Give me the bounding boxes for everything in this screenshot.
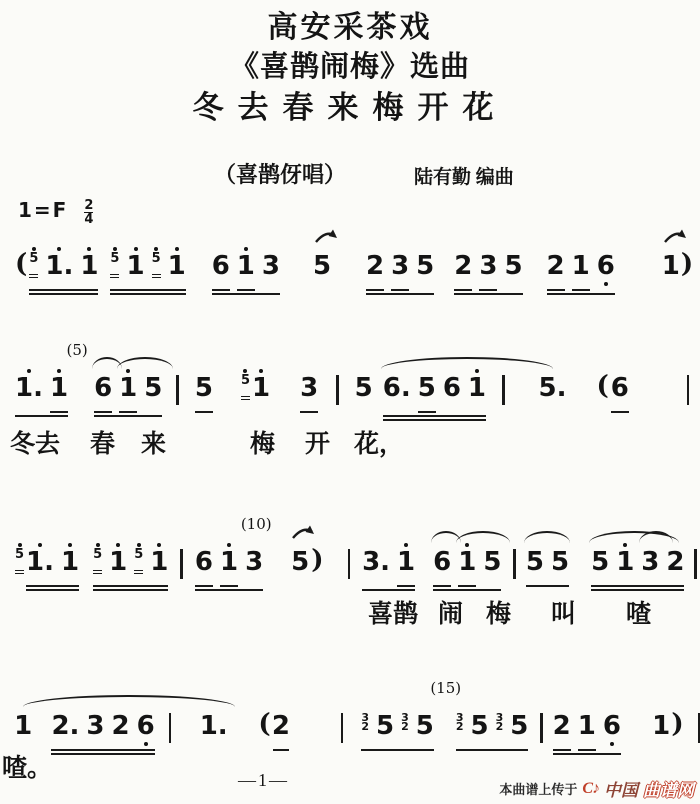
- note: 5: [526, 536, 544, 583]
- beam-line: [26, 585, 79, 587]
- bar-line: [694, 549, 697, 579]
- high-octave-dot: [27, 369, 31, 373]
- high-octave-dot: [243, 369, 247, 373]
- underline-beam: [50, 411, 68, 413]
- note-digit: 1: [119, 375, 137, 402]
- beam-group: 1.1: [26, 536, 79, 591]
- note-digit: 1: [578, 713, 596, 740]
- note: 5: [551, 536, 569, 583]
- note-digit: 1: [109, 549, 127, 576]
- slur-arc: [23, 695, 235, 707]
- note-digit: 1: [468, 375, 486, 402]
- note: 2: [366, 240, 384, 291]
- bar-line: [176, 375, 179, 405]
- bar-line: [540, 713, 542, 743]
- note: 1: [237, 240, 255, 291]
- low-octave-dot: [610, 742, 614, 746]
- note-digit: 1: [150, 549, 168, 576]
- score-scan: 高安采茶戏 《喜鹊闹梅》选曲 冬去春来梅开花 （喜鹊伢唱） 陆有勤 编曲 1=F…: [0, 0, 700, 804]
- note: 5: [471, 700, 489, 747]
- underline-beam: [195, 585, 213, 587]
- beam-line: [110, 293, 185, 295]
- note: 6: [443, 362, 461, 409]
- high-octave-dot: [259, 369, 263, 373]
- grace-note: (15)32: [456, 700, 464, 738]
- note-digit: 5: [418, 375, 436, 402]
- note-digit: 1: [662, 253, 680, 280]
- note: 1: [119, 362, 137, 413]
- note-digit: 6: [597, 253, 615, 280]
- score-line-3: 51.15151613(10)5)3.1615555132: [15, 536, 700, 591]
- score-line-1: (51.1515161352352352161): [15, 240, 700, 295]
- grace-digit: 5: [15, 549, 24, 561]
- underline-beam: [458, 585, 476, 587]
- note-digit: 1: [50, 375, 68, 402]
- high-octave-dot: [227, 543, 231, 547]
- note-digit: 2: [547, 253, 565, 280]
- note: 5: [355, 362, 373, 409]
- high-octave-dot: [157, 543, 161, 547]
- underline-beam: [93, 570, 102, 572]
- note: 1: [578, 700, 596, 751]
- score-body: (51.1515161352352352161)1.1(5)615551356.…: [0, 0, 700, 804]
- note-digit: 1: [220, 549, 238, 576]
- lyric: 喳: [626, 594, 651, 630]
- note: 1: [468, 362, 486, 409]
- note: 2: [112, 700, 130, 747]
- note: 1: [458, 536, 476, 587]
- underline-beam: [220, 585, 238, 587]
- note-digit: 1: [168, 253, 186, 280]
- lyrics-line-4: 喳。: [0, 748, 700, 778]
- bar-line: [169, 713, 171, 743]
- underline-beam: [93, 573, 102, 575]
- lyric: 冬去: [10, 424, 60, 460]
- bar-line: [687, 375, 690, 405]
- underline-beam: [15, 573, 24, 575]
- lyric: 梅: [486, 594, 511, 630]
- note: 5: [144, 362, 162, 409]
- underline-beam: [110, 274, 119, 276]
- note: 1: [80, 240, 98, 287]
- note: 1: [653, 700, 669, 747]
- note-digit: 3: [245, 549, 263, 576]
- note-digit: 3: [391, 253, 409, 280]
- underline-beam: [110, 277, 119, 279]
- note: 6: [212, 240, 230, 291]
- beam-line: [29, 289, 98, 291]
- note-digit: 5: [416, 713, 434, 740]
- note: 1: [252, 362, 270, 409]
- underline-beam: [366, 289, 384, 291]
- high-octave-dot: [38, 543, 42, 547]
- lyric: 叫: [551, 594, 576, 630]
- note: 1: [109, 536, 127, 583]
- lyrics-line-3: 喜鹊闹梅叫喳: [0, 594, 700, 624]
- underline-beam: [300, 411, 318, 413]
- bar-line: [180, 549, 183, 579]
- underline-beam: [119, 411, 137, 413]
- note: 5: [510, 700, 528, 747]
- beam-line: [366, 293, 434, 295]
- note: 2: [666, 536, 684, 583]
- grace-note: 32: [401, 700, 409, 738]
- lyric: 春: [90, 424, 115, 460]
- watermark: 本曲谱上传于 C♪ 中国 曲谱网: [499, 776, 694, 801]
- beam-group: 216: [547, 240, 615, 295]
- note-digit: 1: [397, 549, 415, 576]
- beam-group: 613: [195, 536, 263, 591]
- beam-line: [93, 585, 168, 587]
- note: 5.: [539, 362, 567, 409]
- note: 6: [433, 536, 451, 587]
- underline-beam: [479, 289, 497, 291]
- note-digit: 6.: [383, 375, 411, 402]
- high-octave-dot: [623, 543, 627, 547]
- note: 2: [547, 240, 565, 291]
- note: 1: [220, 536, 238, 587]
- note-digit: 1: [80, 253, 98, 280]
- paren-mark: (: [596, 372, 608, 400]
- beam-group: (15)325325: [456, 700, 529, 751]
- beam-line: [93, 589, 168, 591]
- beam-group: (5)615: [94, 362, 162, 417]
- note: 6: [603, 700, 621, 747]
- paren-mark: ): [681, 250, 693, 278]
- beam-group: 325325: [361, 700, 434, 751]
- note: 5: [314, 240, 330, 287]
- note: 3: [641, 536, 659, 583]
- note-digit: 2: [553, 713, 571, 740]
- high-octave-dot: [18, 543, 22, 547]
- low-octave-dot: [604, 282, 608, 286]
- beam-line: [591, 589, 684, 591]
- grace-note: 5: [134, 536, 143, 574]
- site-name-outline: 曲谱网: [643, 776, 694, 801]
- high-octave-dot: [32, 247, 36, 251]
- paren-mark: (: [15, 250, 27, 278]
- paren-mark: ): [311, 546, 323, 574]
- high-octave-dot: [87, 247, 91, 251]
- glissando-up-arrow-icon: [314, 229, 340, 244]
- bar-line: [502, 375, 505, 405]
- note: 3: [300, 362, 318, 413]
- bar-line: [341, 713, 343, 743]
- note-digit: 1.: [45, 253, 73, 280]
- high-octave-dot: [57, 369, 61, 373]
- note-digit: 5: [510, 713, 528, 740]
- note: 2: [273, 700, 289, 751]
- note: 2: [454, 240, 472, 291]
- site-logo-icon: C♪: [582, 780, 599, 798]
- grace-digit: 5: [134, 549, 143, 561]
- note-digit: 3: [479, 253, 497, 280]
- note-digit: 3: [86, 713, 104, 740]
- note-digit: 5: [291, 549, 309, 576]
- paren-mark: ): [671, 710, 683, 738]
- low-octave-dot: [144, 742, 148, 746]
- beam-line: [547, 293, 615, 295]
- beam-line: [26, 589, 79, 591]
- grace-note: 5: [241, 362, 250, 400]
- note: 2: [553, 700, 571, 751]
- note: 1: [15, 700, 31, 747]
- grace-digit: 5: [93, 549, 102, 561]
- note: 2.: [51, 700, 79, 747]
- underline-beam: [94, 411, 112, 413]
- grace-digit: 2: [401, 722, 409, 731]
- grace-note: 5: [110, 240, 119, 278]
- note: 3: [391, 240, 409, 291]
- lyric: 喳。: [2, 748, 52, 784]
- beam-line: [591, 585, 684, 587]
- note-digit: 1: [458, 549, 476, 576]
- measure-number: (15): [430, 679, 461, 697]
- beam-group: 1.1: [15, 362, 68, 417]
- note: 5: [418, 362, 436, 413]
- beam-group: 235: [454, 240, 522, 295]
- note-digit: 3.: [362, 549, 390, 576]
- glissando-up-arrow-icon: [663, 229, 689, 244]
- note-digit: 2.: [51, 713, 79, 740]
- paren-mark: (: [258, 710, 270, 738]
- high-octave-dot: [465, 543, 469, 547]
- note: 1: [50, 362, 68, 413]
- grace-digit: 5: [29, 253, 38, 265]
- note: 6: [195, 536, 213, 587]
- beam-line: [212, 293, 280, 295]
- note-digit: 5: [551, 549, 569, 576]
- note-digit: 1: [237, 253, 255, 280]
- note: 1.: [201, 700, 226, 747]
- lyric: 花，: [354, 424, 404, 460]
- note-digit: 6: [611, 375, 629, 402]
- beam-group: 55: [526, 536, 569, 587]
- beam-group: 216: [553, 700, 621, 755]
- note-digit: 6: [603, 713, 621, 740]
- grace-digit: 2: [496, 722, 504, 731]
- note: 1: [572, 240, 590, 291]
- grace-note: 32: [361, 700, 369, 738]
- underline-beam: [397, 585, 415, 587]
- high-octave-dot: [68, 543, 72, 547]
- note-digit: 1: [572, 253, 590, 280]
- beam-line: [362, 589, 415, 591]
- note-digit: 5: [526, 549, 544, 576]
- note-digit: 6: [443, 375, 461, 402]
- note-digit: 5: [376, 713, 394, 740]
- note-digit: 5: [313, 253, 331, 280]
- beam-line: [383, 415, 486, 417]
- high-octave-dot: [475, 369, 479, 373]
- score-line-4: 12.3261.(2325325(15)3253252161): [15, 700, 700, 755]
- underline-beam: [237, 289, 255, 291]
- underline-beam: [241, 396, 250, 398]
- site-name-solid: 中国: [604, 776, 638, 801]
- note-digit: 6: [195, 549, 213, 576]
- note-digit: 6: [212, 253, 230, 280]
- high-octave-dot: [404, 543, 408, 547]
- page-number: —1—: [238, 770, 289, 791]
- beam-group: 6.561: [383, 362, 486, 421]
- underline-beam: [572, 289, 590, 291]
- beam-group: 51.1: [29, 240, 98, 295]
- underline-beam: [29, 277, 38, 279]
- underline-beam: [241, 399, 250, 401]
- note-digit: 5: [144, 375, 162, 402]
- note-digit: 5: [355, 375, 373, 402]
- underline-beam: [152, 277, 161, 279]
- slur-arc: [524, 531, 570, 543]
- grace-digit: 5: [110, 253, 119, 265]
- note: 1: [397, 536, 415, 587]
- lyric: 喜鹊: [368, 594, 418, 630]
- high-octave-dot: [137, 543, 141, 547]
- note-digit: 1: [616, 549, 634, 576]
- bar-line: [348, 549, 351, 579]
- grace-digit: 2: [361, 722, 369, 731]
- note-digit: 5: [416, 253, 434, 280]
- note: 3: [86, 700, 104, 747]
- note: 1.: [45, 240, 73, 287]
- note: 1: [126, 240, 144, 287]
- grace-note: 5: [15, 536, 24, 574]
- beam-group: 2.326: [51, 700, 154, 755]
- note-digit: 1: [652, 713, 670, 740]
- sheet-music-page: { "header": { "genre": "高安采茶戏", "selecti…: [0, 0, 700, 804]
- underline-beam: [611, 411, 629, 413]
- high-octave-dot: [96, 543, 100, 547]
- note-digit: 6: [433, 549, 451, 576]
- grace-note: 5: [152, 240, 161, 278]
- beam-line: [433, 589, 501, 591]
- high-octave-dot: [57, 247, 61, 251]
- note: 6.: [383, 362, 411, 409]
- note-digit: 2: [366, 253, 384, 280]
- underline-beam: [134, 573, 143, 575]
- note: 1.: [26, 536, 54, 583]
- note-digit: 3: [300, 375, 318, 402]
- note: 5: [416, 240, 434, 287]
- beam-line: [383, 419, 486, 421]
- beam-group: 3.1: [362, 536, 415, 591]
- note: 1: [150, 536, 168, 583]
- underline-beam: [15, 570, 24, 572]
- bar-line: [513, 549, 516, 579]
- underline-beam: [152, 274, 161, 276]
- note: 6: [611, 362, 629, 413]
- note-digit: 1: [252, 375, 270, 402]
- high-octave-dot: [175, 247, 179, 251]
- beam-group: 613: [212, 240, 280, 295]
- underline-beam: [195, 411, 213, 413]
- lyric: 来: [141, 424, 166, 460]
- grace-digit: 5: [241, 375, 250, 387]
- note-digit: 5: [195, 375, 213, 402]
- note-digit: 1.: [15, 375, 43, 402]
- underline-beam: [433, 585, 451, 587]
- underline-beam: [29, 274, 38, 276]
- beam-group: 5132: [591, 536, 684, 591]
- score-line-2: 1.1(5)615551356.5615.(6: [15, 362, 700, 421]
- beam-line: [454, 293, 522, 295]
- beam-line: [526, 585, 569, 587]
- note: (5)6: [94, 362, 112, 413]
- slur-arc: [456, 531, 510, 543]
- bar-line: [336, 375, 339, 405]
- note: 6: [137, 700, 155, 747]
- note: 5: [416, 700, 434, 747]
- lyric: 闹: [438, 594, 463, 630]
- note: 1: [61, 536, 79, 583]
- note: 3.: [362, 536, 390, 583]
- beam-line: [29, 293, 98, 295]
- lyric: 梅: [250, 424, 275, 460]
- high-octave-dot: [126, 369, 130, 373]
- note: 1: [616, 536, 634, 583]
- note-digit: 3: [641, 549, 659, 576]
- beam-line: [94, 415, 162, 417]
- note: 3: [479, 240, 497, 291]
- measure-number: (5): [66, 341, 87, 359]
- beam-group: 5151: [110, 240, 185, 295]
- high-octave-dot: [116, 543, 120, 547]
- measure-number: (10): [241, 515, 272, 533]
- lyrics-line-2: 冬去春来梅开花，: [0, 424, 700, 454]
- beam-line: [110, 289, 185, 291]
- underline-beam: [134, 570, 143, 572]
- underline-beam: [547, 289, 565, 291]
- grace-note: 5: [93, 536, 102, 574]
- note: 5: [504, 240, 522, 287]
- grace-digit: 2: [456, 722, 464, 731]
- beam-line: [15, 415, 68, 417]
- underline-beam: [418, 411, 436, 413]
- note: (10)5: [291, 536, 309, 583]
- note-digit: 6: [137, 713, 155, 740]
- note: 5: [591, 536, 609, 583]
- note: 1.: [15, 362, 43, 409]
- note-digit: 5: [471, 713, 489, 740]
- underline-beam: [391, 289, 409, 291]
- watermark-text: 本曲谱上传于: [499, 779, 577, 798]
- note-digit: 5: [504, 253, 522, 280]
- note-digit: 5: [591, 549, 609, 576]
- slur-arc: [639, 531, 673, 543]
- underline-beam: [454, 289, 472, 291]
- beam-group: 615: [433, 536, 501, 591]
- note-digit: 1: [126, 253, 144, 280]
- grace-digit: 5: [152, 253, 161, 265]
- note-digit: 5.: [539, 375, 567, 402]
- slur-arc: [381, 357, 553, 369]
- note: 6: [597, 240, 615, 287]
- note: 1: [663, 240, 679, 287]
- note-digit: 2: [272, 713, 290, 740]
- note-digit: 2: [112, 713, 130, 740]
- note-digit: 1.: [26, 549, 54, 576]
- lyric: 开: [305, 424, 330, 460]
- note: 5: [483, 536, 501, 583]
- note-digit: 3: [262, 253, 280, 280]
- high-octave-dot: [244, 247, 248, 251]
- note: 5: [195, 362, 213, 413]
- note-digit: 2: [454, 253, 472, 280]
- note-digit: 1: [61, 549, 79, 576]
- note: 3: [245, 536, 263, 583]
- glissando-up-arrow-icon: [291, 525, 317, 540]
- grace-note: 5: [29, 240, 38, 278]
